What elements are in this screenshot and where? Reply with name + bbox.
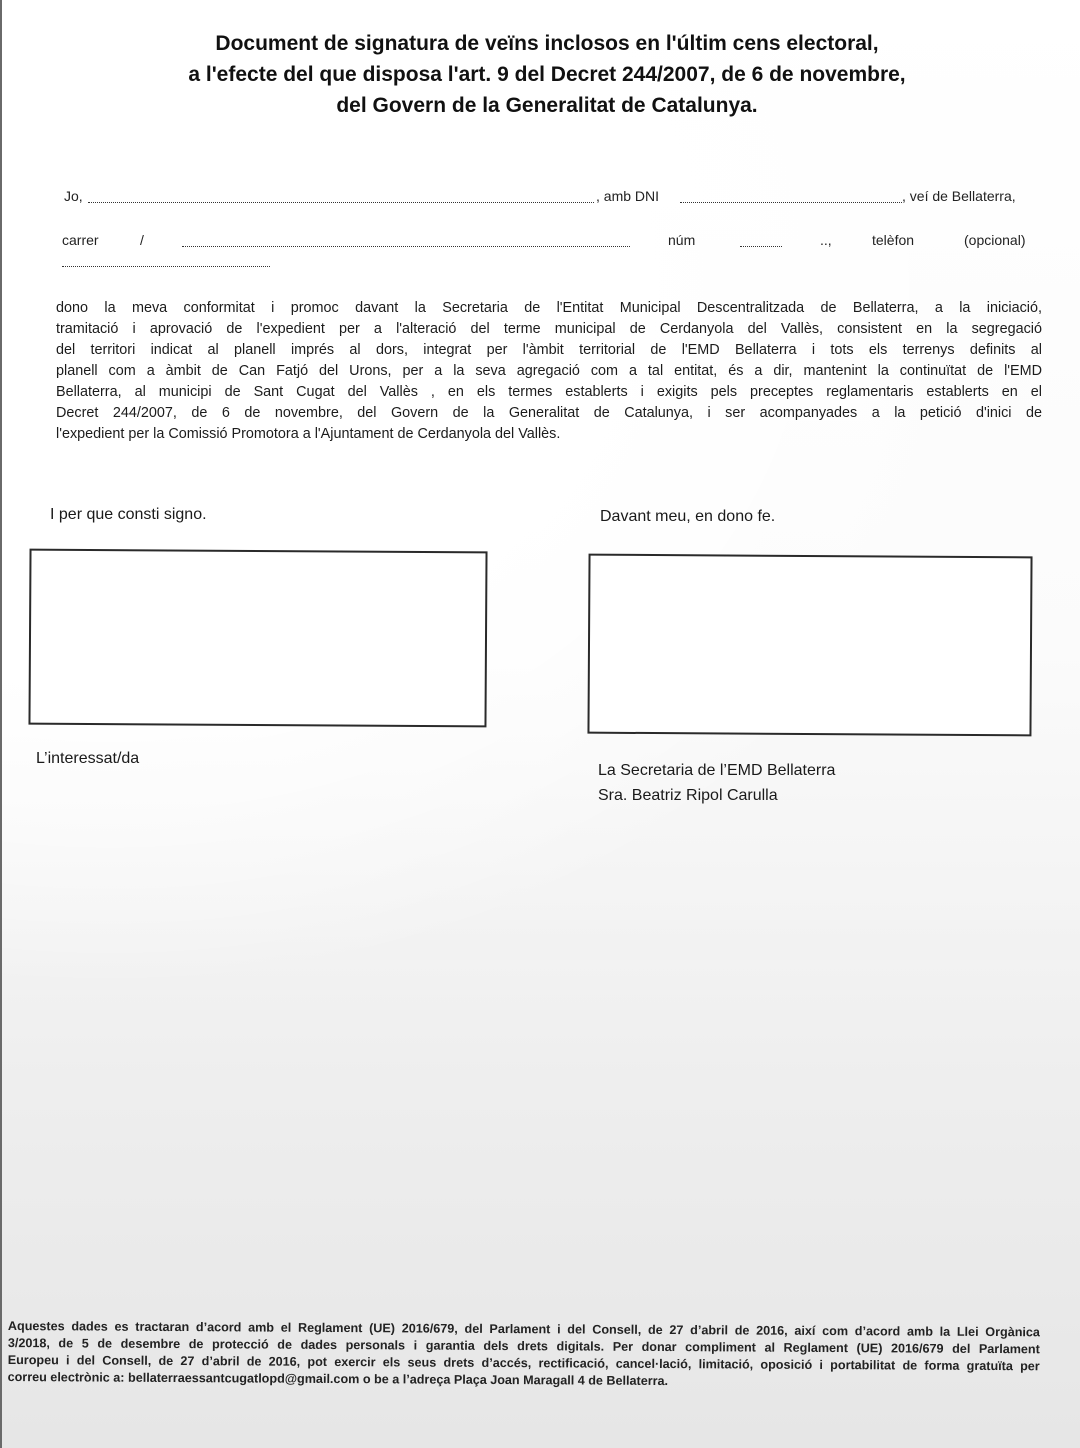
secretary-signature-box[interactable] bbox=[587, 554, 1032, 737]
street-label: carrer bbox=[62, 232, 99, 248]
document-title: Document de signatura de veïns inclosos … bbox=[122, 28, 972, 121]
number-suffix: .., bbox=[820, 232, 832, 248]
witness-heading: Davant meu, en dono fe. bbox=[600, 508, 775, 526]
paragraph-line: l'expedient per la Comissió Promotora a … bbox=[56, 424, 1042, 445]
dni-field[interactable] bbox=[680, 192, 902, 203]
title-line: del Govern de la Generalitat de Cataluny… bbox=[122, 90, 972, 121]
consent-paragraph: dono la meva conformitat i promoc davant… bbox=[56, 298, 1042, 445]
signer-caption: L’interessat/da bbox=[36, 750, 139, 768]
scanned-document-page: Document de signatura de veïns inclosos … bbox=[0, 0, 1080, 1448]
secretary-caption-name: Sra. Beatriz Ripol Carulla bbox=[598, 787, 778, 805]
street-field[interactable] bbox=[182, 236, 630, 247]
name-field[interactable] bbox=[88, 192, 594, 203]
data-protection-notice: Aquestes dades es tractaran d’acord amb … bbox=[8, 1318, 1040, 1392]
title-line: Document de signatura de veïns inclosos … bbox=[122, 28, 972, 59]
paragraph-line: dono la meva conformitat i promoc davant… bbox=[56, 298, 1042, 319]
paragraph-line: del territori indicat al planell imprés … bbox=[56, 340, 1042, 361]
number-field[interactable] bbox=[740, 236, 782, 247]
jo-label: Jo, bbox=[64, 188, 83, 204]
street-slash: / bbox=[140, 232, 144, 248]
paragraph-line: tramitació i aprovació de l'expedient pe… bbox=[56, 319, 1042, 340]
phone-field[interactable] bbox=[62, 256, 270, 267]
resident-label: , veí de Bellaterra, bbox=[902, 188, 1016, 204]
paragraph-line: Bellaterra, al municipi de Sant Cugat de… bbox=[56, 382, 1042, 403]
dni-label: , amb DNI bbox=[596, 188, 659, 204]
signer-signature-box[interactable] bbox=[28, 549, 487, 728]
paragraph-line: planell com a àmbit de Can Fatjó del Uro… bbox=[56, 361, 1042, 382]
title-line: a l'efecte del que disposa l'art. 9 del … bbox=[122, 59, 972, 90]
secretary-caption-title: La Secretaria de l’EMD Bellaterra bbox=[598, 762, 835, 780]
signer-heading: I per que consti signo. bbox=[50, 506, 207, 524]
paragraph-line: Decret 244/2007, de 6 de novembre, del G… bbox=[56, 403, 1042, 424]
phone-optional-label: (opcional) bbox=[964, 232, 1025, 248]
number-label: núm bbox=[668, 232, 695, 248]
phone-label: telèfon bbox=[872, 232, 914, 248]
